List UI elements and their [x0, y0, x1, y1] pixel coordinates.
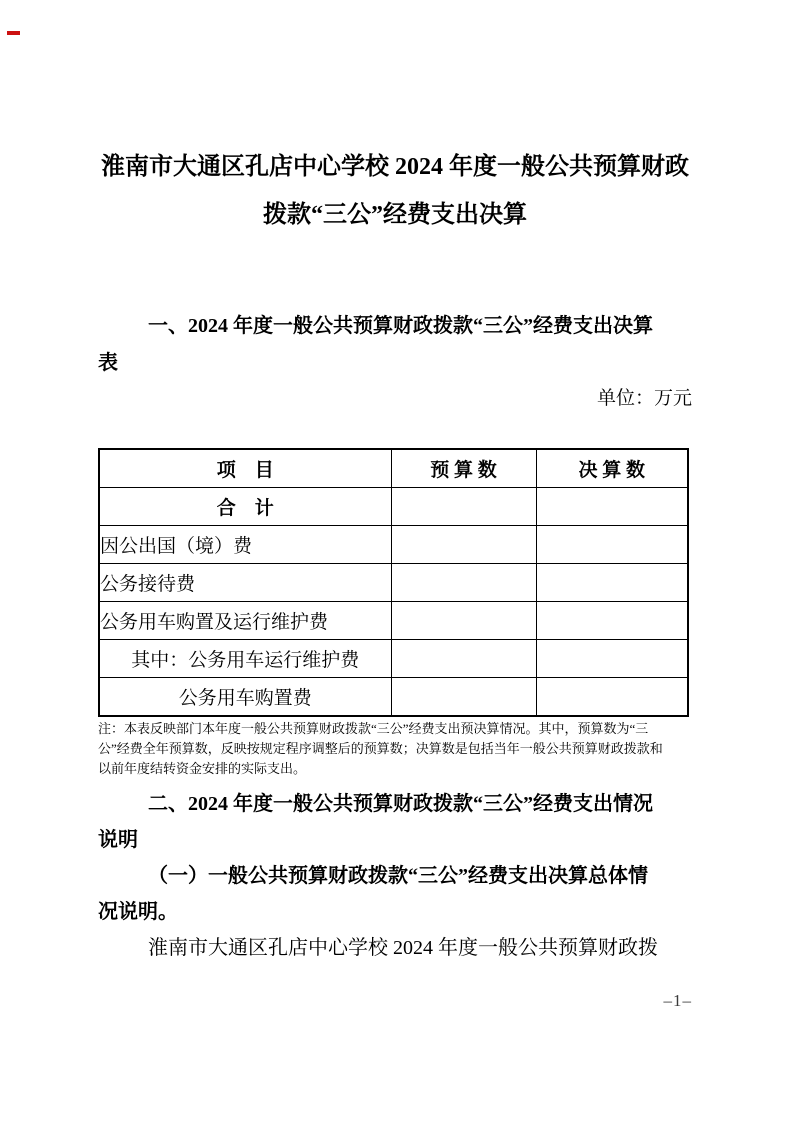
document-title-line-1: 淮南市大通区孔店中心学校 2024 年度一般公共预算财政: [98, 146, 692, 181]
budget-cell: [391, 640, 536, 678]
table-row-total: 合 计: [99, 488, 688, 526]
item-cell: 公务用车购置费: [99, 678, 391, 717]
table-row: 公务接待费: [99, 564, 688, 602]
document-page: 淮南市大通区孔店中心学校 2024 年度一般公共预算财政 拨款“三公”经费支出决…: [0, 0, 793, 1122]
item-cell: 公务用车购置及运行维护费: [99, 602, 391, 640]
item-cell: 其中：公务用车运行维护费: [99, 640, 391, 678]
page-number: –1–: [98, 991, 692, 1011]
budget-cell: [391, 564, 536, 602]
final-cell: [536, 488, 688, 526]
header-final: 决 算 数: [536, 449, 688, 488]
budget-cell: [391, 678, 536, 717]
final-cell: [536, 526, 688, 564]
unit-label: 单位：万元: [98, 383, 692, 410]
budget-cell: [391, 488, 536, 526]
final-cell: [536, 602, 688, 640]
header-item: 项 目: [99, 449, 391, 488]
section2-heading-line-1: 二、2024 年度一般公共预算财政拨款“三公”经费支出情况: [98, 787, 653, 816]
table-note-line-1: 注：本表反映部门本年度一般公共预算财政拨款“三公”经费支出预决算情况。其中，预算…: [98, 719, 648, 739]
table-note-line-3: 以前年度结转资金安排的实际支出。: [98, 759, 306, 779]
table-row: 其中：公务用车运行维护费: [99, 640, 688, 678]
final-cell: [536, 678, 688, 717]
section2-heading-line-2: 说明: [98, 823, 138, 852]
item-cell: 因公出国（境）费: [99, 526, 391, 564]
table-header-row: 项 目 预 算 数 决 算 数: [99, 449, 688, 488]
red-mark: [7, 31, 20, 35]
section2-subheading-line-1: （一）一般公共预算财政拨款“三公”经费支出决算总体情: [98, 859, 648, 888]
budget-cell: [391, 526, 536, 564]
table-note-line-2: 公”经费全年预算数，反映按规定程序调整后的预算数；决算数是包括当年一般公共预算财…: [98, 739, 663, 759]
section1-heading-line-1: 一、2024 年度一般公共预算财政拨款“三公”经费支出决算: [98, 309, 653, 338]
table-row: 公务用车购置及运行维护费: [99, 602, 688, 640]
section1-heading-line-2: 表: [98, 346, 118, 375]
final-cell: [536, 564, 688, 602]
table-row: 因公出国（境）费: [99, 526, 688, 564]
header-budget: 预 算 数: [391, 449, 536, 488]
item-cell: 公务接待费: [99, 564, 391, 602]
table-row: 公务用车购置费: [99, 678, 688, 717]
section2-paragraph-line: 淮南市大通区孔店中心学校 2024 年度一般公共预算财政拨: [98, 931, 658, 960]
three-public-funds-table: 项 目 预 算 数 决 算 数 合 计 因公出国（境）费 公务接待费 公务用车购…: [98, 448, 689, 717]
final-cell: [536, 640, 688, 678]
item-cell: 合 计: [99, 488, 391, 526]
section2-subheading-line-2: 况说明。: [98, 895, 178, 924]
budget-cell: [391, 602, 536, 640]
document-title-line-2: 拨款“三公”经费支出决算: [98, 194, 692, 229]
